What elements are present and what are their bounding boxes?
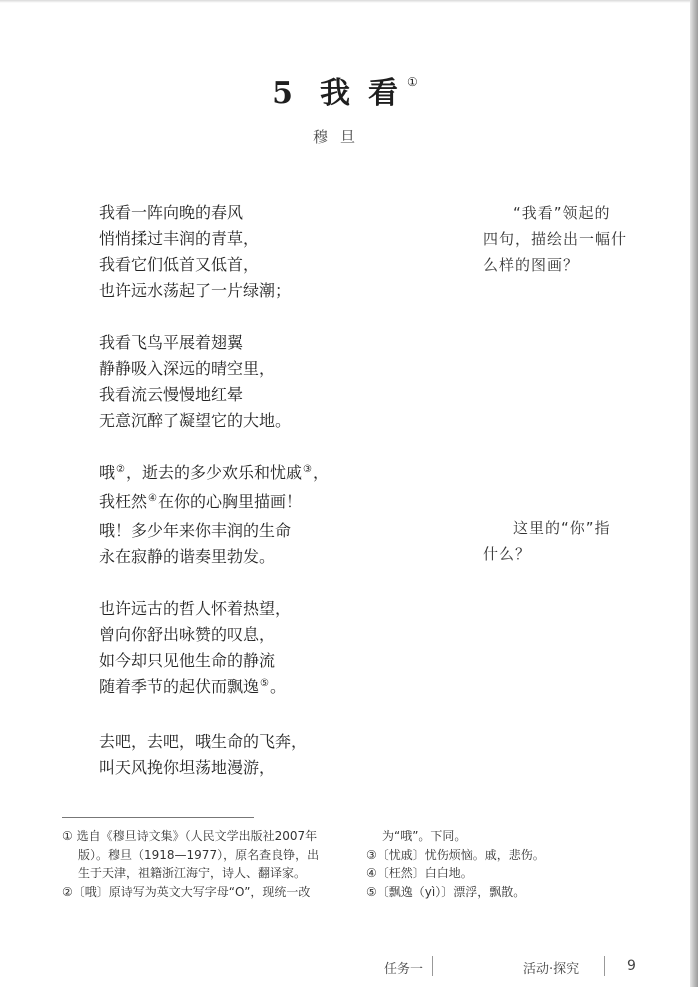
footer-unit: 任务一 — [384, 958, 423, 977]
poem-line: 静静吸入深远的晴空里， — [99, 356, 399, 382]
page-number-value: 9 — [627, 958, 636, 974]
footnotes-right: 为“哦”。下同。 ③〔忧戚〕忧伤烦恼。戚，悲伤。 ④〔枉然〕白白地。 ⑤〔飘逸（… — [366, 827, 626, 901]
footnote-2-cont: 为“哦”。下同。 — [366, 827, 626, 846]
poem-line: 我看流云慢慢地红晕 — [99, 382, 399, 408]
poem-line: 哦！多少年来你丰润的生命 — [99, 518, 399, 544]
title-char-2: 看 — [368, 76, 398, 111]
footnote-1: ① 选自《穆旦诗文集》（人民文学出版社2007年 — [62, 827, 344, 846]
side-note-1: “我看”领起的 四句，描绘出一幅什 么样的图画？ — [483, 200, 643, 278]
poem-line: 也许远古的哲人怀着热望， — [99, 596, 399, 622]
side-note-line: 四句，描绘出一幅什 — [483, 226, 643, 252]
footnote-1-cont: 版）。穆旦（1918—1977），原名查良铮，出 — [62, 846, 344, 865]
footnote-marker-4[interactable]: ④ — [148, 493, 157, 504]
footnote-2: ②〔哦〕原诗写为英文大写字母“O”，现统一改 — [62, 883, 344, 902]
line-text: 在你的心胸里描画！ — [158, 492, 302, 511]
author-name: 穆旦 — [0, 126, 680, 147]
footnote-1-cont: 生于天津，祖籍浙江海宁，诗人、翻译家。 — [62, 864, 344, 883]
footer-divider-2 — [604, 956, 605, 976]
line-text: ， — [313, 463, 329, 482]
poem-line: 我看一阵向晚的春风 — [99, 200, 399, 226]
poem-line: 悄悄揉过丰润的青草， — [99, 226, 399, 252]
side-note-line: “我看”领起的 — [483, 200, 643, 226]
footer-unit-label: 任务一 — [384, 962, 423, 977]
footnote-3: ③〔忧戚〕忧伤烦恼。戚，悲伤。 — [366, 846, 626, 865]
poem-line: 永在寂静的谐奏里勃发。 — [99, 544, 399, 570]
footer-divider-1 — [432, 956, 433, 976]
poem-line: 我看飞鸟平展着翅翼 — [99, 330, 399, 356]
side-note-line: 什么？ — [483, 541, 643, 567]
line-text: 我枉然 — [99, 492, 147, 511]
footer-section-label: 活动·探究 — [523, 962, 579, 977]
poem-line: 叫天风挽你坦荡地漫游， — [99, 755, 399, 781]
poem-line: 如今却只见他生命的静流 — [99, 648, 399, 674]
side-note-2: 这里的“你”指 什么？ — [483, 515, 643, 567]
stanza-1: 我看一阵向晚的春风 悄悄揉过丰润的青草， 我看它们低首又低首， 也许远水荡起了一… — [99, 200, 399, 304]
poem-line: 随着季节的起伏而飘逸⑤。 — [99, 674, 399, 703]
side-note-line: 这里的“你”指 — [483, 515, 643, 541]
stanza-5: 去吧，去吧，哦生命的飞奔， 叫天风挽你坦荡地漫游， — [99, 729, 399, 781]
stanza-2: 我看飞鸟平展着翅翼 静静吸入深远的晴空里， 我看流云慢慢地红晕 无意沉醉了凝望它… — [99, 330, 399, 434]
poem-line: 也许远水荡起了一片绿潮； — [99, 278, 399, 304]
poem-body: 我看一阵向晚的春风 悄悄揉过丰润的青草， 我看它们低首又低首， 也许远水荡起了一… — [99, 200, 399, 807]
footnote-marker-3[interactable]: ③ — [303, 464, 312, 475]
footnotes-left: ① 选自《穆旦诗文集》（人民文学出版社2007年 版）。穆旦（1918—1977… — [62, 827, 344, 901]
lesson-number: 5 — [272, 76, 293, 111]
stanza-4: 也许远古的哲人怀着热望， 曾向你舒出咏赞的叹息， 如今却只见他生命的静流 随着季… — [99, 596, 399, 703]
stanza-3: 哦②，逝去的多少欢乐和忧戚③， 我枉然④在你的心胸里描画！ 哦！多少年来你丰润的… — [99, 460, 399, 570]
poem-line: 无意沉醉了凝望它的大地。 — [99, 408, 399, 434]
poem-line: 去吧，去吧，哦生命的飞奔， — [99, 729, 399, 755]
lesson-title: 5我看① — [0, 68, 690, 112]
footer-section: 活动·探究 — [523, 958, 579, 977]
title-char-1: 我 — [320, 76, 350, 111]
footnote-divider — [62, 817, 254, 818]
line-text: ，逝去的多少欢乐和忧戚 — [126, 463, 302, 482]
page-number: 9 — [627, 958, 636, 974]
poem-line: 曾向你舒出咏赞的叹息， — [99, 622, 399, 648]
footnote-4: ④〔枉然〕白白地。 — [366, 864, 626, 883]
poem-line: 哦②，逝去的多少欢乐和忧戚③， — [99, 460, 399, 489]
title-footnote-marker[interactable]: ① — [407, 75, 418, 89]
page-binding-edge — [690, 0, 698, 987]
page-top-edge — [0, 0, 698, 3]
line-text: 哦 — [99, 463, 115, 482]
line-text: 随着季节的起伏而飘逸 — [99, 677, 259, 696]
poem-line: 我看它们低首又低首， — [99, 252, 399, 278]
poem-line: 我枉然④在你的心胸里描画！ — [99, 489, 399, 518]
footnote-5: ⑤〔飘逸（yì）〕漂浮，飘散。 — [366, 883, 626, 902]
footnote-marker-2[interactable]: ② — [116, 464, 125, 475]
side-note-line: 么样的图画？ — [483, 252, 643, 278]
footnote-marker-5[interactable]: ⑤ — [260, 678, 269, 689]
line-text: 。 — [270, 677, 286, 696]
